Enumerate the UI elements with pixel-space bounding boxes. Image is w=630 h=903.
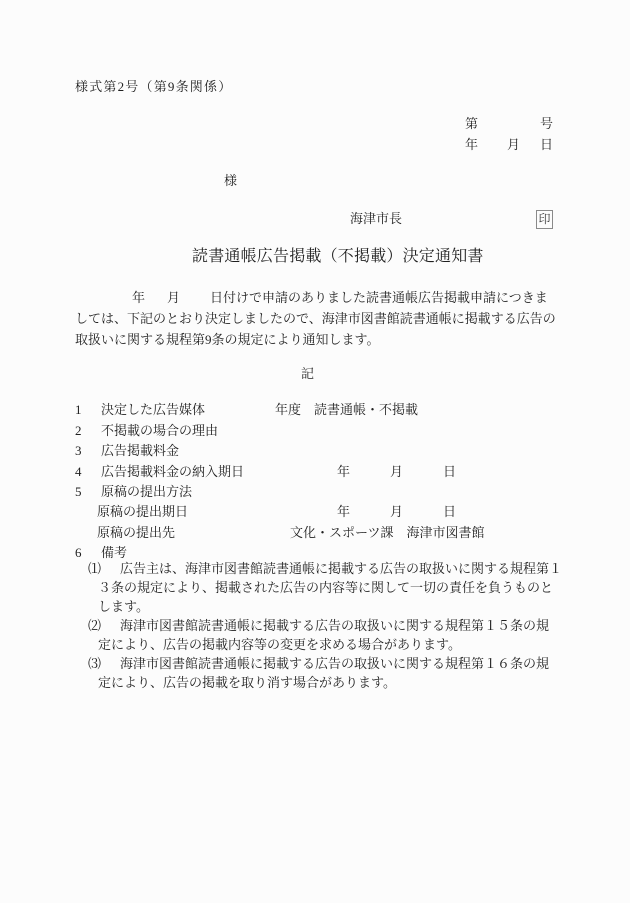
list-item-5: 5 原稿の提出方法 [0, 484, 630, 502]
item-number: 4 [75, 464, 82, 480]
remark-text: 海津市図書館読書通帳に掲載する広告の取扱いに関する規程第１６条の規 [120, 656, 549, 672]
document-number-line: 第 号 [0, 116, 630, 134]
date-day-label: 日 [540, 137, 553, 153]
remark-1-line-3: します。 [0, 599, 630, 617]
date-year-label: 年 [465, 137, 478, 153]
form-number: 様式第2号（第9条関係） [75, 79, 232, 95]
item-number: 6 [75, 545, 82, 561]
sender-name: 海津市長 [350, 211, 402, 227]
body-month-label: 月 [167, 290, 180, 306]
body-line-1: 年 月 日付けで申請のありました読書通帳広告掲載申請につきま [0, 290, 630, 308]
item-month-label: 月 [390, 464, 403, 480]
body-line-2: しては、下記のとおり決定しましたので、海津市図書館読書通帳に掲載する広告の [75, 311, 556, 327]
document-title: 読書通帳広告掲載（不掲載）決定通知書 [192, 249, 484, 265]
list-item-1: 1 決定した広告媒体 年度 読書通帳・不掲載 [0, 402, 630, 420]
subitem-year-label: 年 [337, 504, 350, 520]
item-label: 決定した広告媒体 [101, 402, 205, 418]
remark-1-line-2: ３条の規定により、掲載された広告の内容等に関して一切の責任を負うものと [0, 580, 630, 598]
list-item-3: 3 広告掲載料金 [0, 443, 630, 461]
item-label: 広告掲載料金 [101, 443, 179, 459]
seal-placeholder-box: 印 [536, 210, 553, 229]
body-year-label: 年 [132, 290, 145, 306]
remark-2-line-1: ⑵ 海津市図書館読書通帳に掲載する広告の取扱いに関する規程第１５条の規 [0, 618, 630, 636]
subitem-label: 原稿の提出先 [97, 525, 175, 541]
seal-mark: 印 [538, 212, 550, 226]
item-number: 1 [75, 402, 82, 418]
list-subitem-destination: 原稿の提出先 文化・スポーツ課 海津市図書館 [0, 525, 630, 543]
item-label: 広告掲載料金の納入期日 [101, 464, 244, 480]
remark-text: 広告主は、海津市図書館読書通帳に掲載する広告の取扱いに関する規程第１ [120, 561, 562, 577]
remark-text: 定により、広告の掲載を取り消す場合があります。 [98, 675, 396, 691]
date-month-label: 月 [507, 137, 520, 153]
list-item-2: 2 不掲載の場合の理由 [0, 423, 630, 441]
subitem-month-label: 月 [390, 504, 403, 520]
doc-number-suffix: 号 [540, 116, 553, 132]
item-label: 備考 [101, 545, 127, 561]
recipient-honorific: 様 [224, 173, 237, 189]
list-item-4: 4 広告掲載料金の納入期日 年 月 日 [0, 464, 630, 482]
list-subitem-deadline: 原稿の提出期日 年 月 日 [0, 504, 630, 522]
subitem-label: 原稿の提出期日 [97, 504, 188, 520]
document-page: 様式第2号（第9条関係） 第 号 年 月 日 様 海津市長 印 読書通帳広告掲載… [0, 0, 630, 903]
doc-number-prefix: 第 [465, 116, 478, 132]
item-number: 5 [75, 484, 82, 500]
remark-1-line-1: ⑴ 広告主は、海津市図書館読書通帳に掲載する広告の取扱いに関する規程第１ [0, 561, 630, 579]
remark-text: 定により、広告の掲載内容等の変更を求める場合があります。 [98, 637, 461, 653]
remark-marker: ⑴ [88, 561, 101, 577]
remark-marker: ⑶ [88, 656, 101, 672]
remark-marker: ⑵ [88, 618, 101, 634]
item-value: 年度 読書通帳・不掲載 [275, 402, 418, 418]
remark-2-line-2: 定により、広告の掲載内容等の変更を求める場合があります。 [0, 637, 630, 655]
body-line-1-text: 日付けで申請のありました読書通帳広告掲載申請につきま [210, 290, 548, 306]
subitem-value: 文化・スポーツ課 海津市図書館 [290, 525, 484, 541]
body-line-3: 取扱いに関する規程第9条の規定により通知します。 [75, 332, 379, 348]
remark-3-line-2: 定により、広告の掲載を取り消す場合があります。 [0, 675, 630, 693]
remark-text: 海津市図書館読書通帳に掲載する広告の取扱いに関する規程第１５条の規 [120, 618, 549, 634]
document-date-line: 年 月 日 [0, 137, 630, 155]
item-number: 3 [75, 443, 82, 459]
item-number: 2 [75, 423, 82, 439]
ki-marker: 記 [301, 366, 314, 382]
item-year-label: 年 [337, 464, 350, 480]
item-day-label: 日 [443, 464, 456, 480]
remark-text: します。 [98, 599, 149, 615]
item-label: 不掲載の場合の理由 [101, 423, 218, 439]
remark-3-line-1: ⑶ 海津市図書館読書通帳に掲載する広告の取扱いに関する規程第１６条の規 [0, 656, 630, 674]
subitem-day-label: 日 [443, 504, 456, 520]
remark-text: ３条の規定により、掲載された広告の内容等に関して一切の責任を負うものと [98, 580, 553, 596]
item-label: 原稿の提出方法 [101, 484, 192, 500]
